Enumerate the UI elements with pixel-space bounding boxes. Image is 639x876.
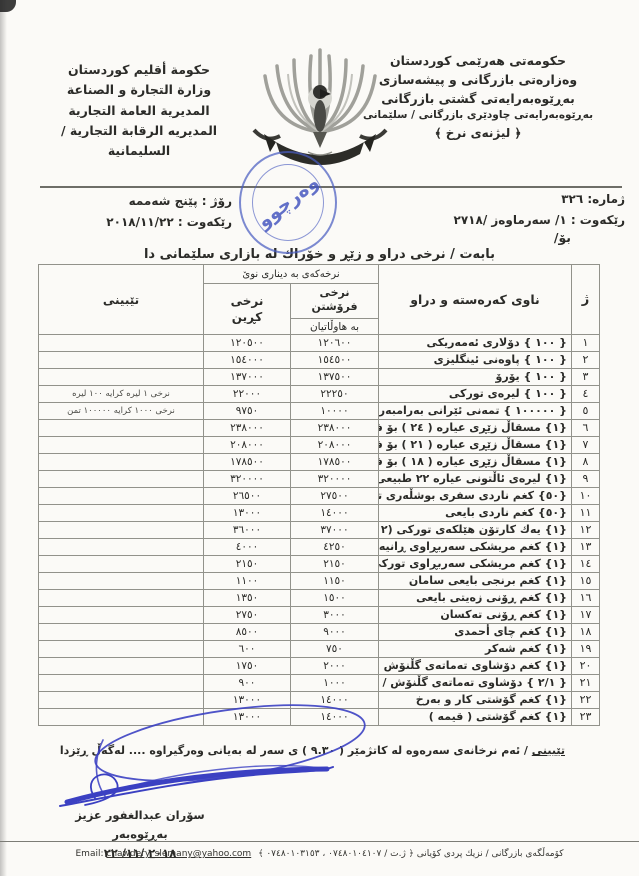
buy-price-value: ١٣٧٠٠٠ — [204, 369, 291, 386]
table-row: ٩ {١} لیرەی ئاڵتونی عیارە ٢٢ طبیعی دووبە… — [39, 471, 600, 488]
item-name: {١} كغم گۆشتی كار و بەرخ — [379, 692, 572, 709]
table-row: ١٥ {١} كغم برنجی بایعی سامان ١١٥٠ ١١٠٠ — [39, 573, 600, 590]
table-row: ١٦ {١} كغم ڕۆنی زەیتی بایعی ١٥٠٠ ١٣٥٠ — [39, 590, 600, 607]
buy-price-value: ١٣٥٠ — [204, 590, 291, 607]
scanned-document-page: حکومەتی هەرێمی کوردستان وەزارەتی بازرگان… — [0, 0, 639, 876]
row-number: ١٤ — [572, 556, 600, 573]
row-number: ٣ — [572, 369, 600, 386]
email-label: Email: — [75, 849, 103, 859]
item-name: {٥٠} كغم ناردی بایعی — [379, 505, 572, 522]
item-note — [39, 454, 204, 471]
table-row: ١٤ {١} كغم مریشكی سەربڕاوی توركی ٢١٥٠ ٢١… — [39, 556, 600, 573]
buy-price-value: ٩٧٥٠ — [204, 403, 291, 420]
scan-corner-artifact — [0, 0, 16, 12]
table-row: ١٩ {١} كغم شەكر ٧٥٠ ٦٠٠ — [39, 641, 600, 658]
table-row: ٤ { ١٠٠ } لیرەی توركی ٢٢٢٥٠ ٢٢٠٠٠ نرخی ١… — [39, 386, 600, 403]
table-row: ١١ {٥٠} كغم ناردی بایعی ١٤٠٠٠ ١٣٠٠٠ — [39, 505, 600, 522]
note-prefix: تێبینی — [532, 744, 565, 757]
footer-email-wrap: Email: chawdery_slemany@yahoo.com — [75, 849, 251, 859]
table-row: ٧ {١} مسقاڵ زێڕی عیارە ( ٢١ ) بۆ فرۆشتن … — [39, 437, 600, 454]
buy-price-value: ٩٠٠ — [204, 675, 291, 692]
item-name: { ١٠٠ } لیرەی توركی — [379, 386, 572, 403]
header-arabic-block: حكومة أقليم كوردستان وزارة التجارة و الص… — [28, 60, 250, 161]
footer-contact-line: كۆمەڵگەی بازرگانی / نزیك پردی كۆیانی ﴿ ژ… — [0, 849, 639, 859]
row-number: ١١ — [572, 505, 600, 522]
sell-price-value: ٧٥٠ — [291, 641, 379, 658]
item-note — [39, 471, 204, 488]
row-number: ١ — [572, 335, 600, 352]
item-note — [39, 675, 204, 692]
row-number: ٦ — [572, 420, 600, 437]
column-header-buy-price: نرخی كڕین — [204, 284, 291, 335]
item-name: {٥٠} كغم ناردی سفری بوشڵەری توركی — [379, 488, 572, 505]
sell-price-value: ٢٧٥٠٠ — [291, 488, 379, 505]
item-note — [39, 607, 204, 624]
table-row: ٥ { ١٠٠٠٠٠ } تمەنی ئێرانی بەرامبەر دینار… — [39, 403, 600, 420]
column-group-header-new-dinar: نرخەكەی بە دیناری نوێ — [204, 265, 379, 284]
item-note — [39, 641, 204, 658]
buy-price-value: ٢٦٥٠٠ — [204, 488, 291, 505]
sell-price-value: ١٤٠٠٠ — [291, 505, 379, 522]
item-name: {١} كغم ڕۆنی تەكسان — [379, 607, 572, 624]
item-name: {١} مسقاڵ زێڕی عیارە ( ٢٤ ) بۆ فرۆشتن — [379, 420, 572, 437]
table-row: ١٠ {٥٠} كغم ناردی سفری بوشڵەری توركی ٢٧٥… — [39, 488, 600, 505]
item-note — [39, 573, 204, 590]
handwritten-signature — [35, 698, 380, 818]
sell-price-value: ٤٢٥٠ — [291, 539, 379, 556]
item-name: {١} كغم برنجی بایعی سامان — [379, 573, 572, 590]
buy-price-value: ٦٠٠ — [204, 641, 291, 658]
sell-price-value: ٣٠٠٠ — [291, 607, 379, 624]
row-number: ٢٣ — [572, 709, 600, 726]
sell-price-value: ١٧٨٥٠٠ — [291, 454, 379, 471]
column-header-sell-price: نرخی فرۆشتن بە هاوڵاتیان — [291, 284, 379, 335]
row-number: ٢ — [572, 352, 600, 369]
item-note — [39, 352, 204, 369]
sell-price-value: ١٥٤٥٠٠ — [291, 352, 379, 369]
buy-price-value: ٢١٥٠ — [204, 556, 291, 573]
buy-price-value: ١٣٠٠٠ — [204, 505, 291, 522]
item-note — [39, 488, 204, 505]
price-table-header: ژ ناوی كەرەستە و دراو نرخەكەی بە دیناری … — [39, 265, 600, 335]
item-note — [39, 556, 204, 573]
row-number: ٨ — [572, 454, 600, 471]
item-note — [39, 522, 204, 539]
table-row: ١ { ١٠٠ } دۆلاری ئەمەریكی ١٢٠٦٠٠ ١٢٠٥٠٠ — [39, 335, 600, 352]
row-number: ١٣ — [572, 539, 600, 556]
buy-price-value: ٢٧٥٠ — [204, 607, 291, 624]
row-number: ٩ — [572, 471, 600, 488]
item-name: {١} كغم مریشكی سەربڕاوی توركی — [379, 556, 572, 573]
meta-left-block: رۆژ : پێنج شەممە رێكەوت : ٢٠١٨/١١/٢٢ — [64, 191, 232, 233]
row-number: ١٩ — [572, 641, 600, 658]
kurdish-date: رێكەوت : ١/ سەرماوەز /٢٧١٨ — [454, 210, 625, 231]
column-header-notes: تێبینی — [39, 265, 204, 335]
item-note — [39, 505, 204, 522]
sell-price-value: ١٢٠٦٠٠ — [291, 335, 379, 352]
item-note: نرخی ١ لیرە كرایە ١٠٠ لیرە — [39, 386, 204, 403]
footer-divider-line — [0, 841, 639, 842]
table-row: ٢ { ١٠٠ } پاوەنی ئینگلیزی ١٥٤٥٠٠ ١٥٤٠٠٠ — [39, 352, 600, 369]
item-name: { ١٠٠ } یۆرۆ — [379, 369, 572, 386]
table-row: ٦ {١} مسقاڵ زێڕی عیارە ( ٢٤ ) بۆ فرۆشتن … — [39, 420, 600, 437]
blue-round-stamp: وەرچوو — [239, 151, 337, 254]
item-name: { ٢/١ } دۆشاوی تەماتەی گڵنۆش / بچوك — [379, 675, 572, 692]
buy-price-value: ٢٣٨٠٠٠ — [204, 420, 291, 437]
table-row: ٢١ { ٢/١ } دۆشاوی تەماتەی گڵنۆش / بچوك ١… — [39, 675, 600, 692]
sell-price-value: ١٣٧٥٠٠ — [291, 369, 379, 386]
item-name: { ١٠٠ } دۆلاری ئەمەریكی — [379, 335, 572, 352]
email-address: chawdery_slemany@yahoo.com — [106, 849, 251, 859]
sell-price-value: ٢٢٢٥٠ — [291, 386, 379, 403]
item-name: {١} كغم ڕۆنی زەیتی بایعی — [379, 590, 572, 607]
header-line: المديرية العامة التجارية — [28, 101, 250, 121]
sell-price-value: ١٥٠٠ — [291, 590, 379, 607]
row-number: ٧ — [572, 437, 600, 454]
document-number: ژمارە: ٣٢٦ — [454, 189, 625, 210]
item-note — [39, 335, 204, 352]
buy-price-value: ٤٠٠٠ — [204, 539, 291, 556]
row-number: ٢١ — [572, 675, 600, 692]
buy-price-value: ١١٠٠ — [204, 573, 291, 590]
price-table: ژ ناوی كەرەستە و دراو نرخەكەی بە دیناری … — [38, 264, 600, 726]
item-note — [39, 590, 204, 607]
scan-edge-artifact — [0, 0, 7, 876]
item-name: {١} كغم دۆشاوی تەماتەی گڵنۆش — [379, 658, 572, 675]
sell-price-value: ٢٠٠٠ — [291, 658, 379, 675]
row-number: ٢٢ — [572, 692, 600, 709]
item-name: {١} كغم شەكر — [379, 641, 572, 658]
item-note — [39, 437, 204, 454]
sell-price-value: ٩٠٠٠ — [291, 624, 379, 641]
item-name: {١} كغم گۆشتی ( قیمە ) — [379, 709, 572, 726]
meta-right-block: ژمارە: ٣٢٦ رێكەوت : ١/ سەرماوەز /٢٧١٨ — [454, 189, 625, 231]
sell-price-value: ٣٧٠٠٠ — [291, 522, 379, 539]
sell-price-value: ٢١٥٠ — [291, 556, 379, 573]
row-number: ٢٠ — [572, 658, 600, 675]
gregorian-date: رێكەوت : ٢٠١٨/١١/٢٢ — [64, 212, 232, 233]
sell-price-value: ١٠٠٠ — [291, 675, 379, 692]
to-label: بۆ/ — [554, 230, 571, 245]
row-number: ١٦ — [572, 590, 600, 607]
table-row: ١٨ {١} كغم چای أحمدی ٩٠٠٠ ٨٥٠٠ — [39, 624, 600, 641]
item-name: {١} كغم مریشكی سەربڕاوی ڕانیە — [379, 539, 572, 556]
sell-price-value: ١٠٠٠٠ — [291, 403, 379, 420]
sell-price-value: ٢٣٨٠٠٠ — [291, 420, 379, 437]
table-row: ١٣ {١} كغم مریشكی سەربڕاوی ڕانیە ٤٢٥٠ ٤٠… — [39, 539, 600, 556]
item-name: {١} مسقاڵ زێڕی عیارە ( ١٨ ) بۆ فرۆشتن — [379, 454, 572, 471]
buy-price-value: ٣٦٠٠٠ — [204, 522, 291, 539]
header-line: وزارة التجارة و الصناعة — [28, 80, 250, 100]
buy-price-value: ٨٥٠٠ — [204, 624, 291, 641]
item-note — [39, 420, 204, 437]
table-row: ٢٠ {١} كغم دۆشاوی تەماتەی گڵنۆش ٢٠٠٠ ١٧٥… — [39, 658, 600, 675]
item-name: {١} كغم چای أحمدی — [379, 624, 572, 641]
sell-to-citizens-label: بە هاوڵاتیان — [291, 318, 378, 335]
row-number: ٥ — [572, 403, 600, 420]
row-number: ١٢ — [572, 522, 600, 539]
item-name: { ١٠٠ } پاوەنی ئینگلیزی — [379, 352, 572, 369]
buy-price-value: ٢٢٠٠٠ — [204, 386, 291, 403]
item-note — [39, 624, 204, 641]
buy-price-value: ١٧٨٥٠٠ — [204, 454, 291, 471]
buy-price-value: ١٧٥٠ — [204, 658, 291, 675]
row-number: ٤ — [572, 386, 600, 403]
buy-price-value: ٣٢٠٠٠٠ — [204, 471, 291, 488]
subject-line: بابەت / نرخی دراو و زێڕ و خۆراك لە بازار… — [0, 247, 639, 262]
column-header-item-name: ناوی كەرەستە و دراو — [379, 265, 572, 335]
row-number: ١٨ — [572, 624, 600, 641]
header-line: المديريه الرقابة التجارية / السليمانية — [28, 121, 250, 162]
item-note — [39, 369, 204, 386]
item-note — [39, 658, 204, 675]
table-row: ٨ {١} مسقاڵ زێڕی عیارە ( ١٨ ) بۆ فرۆشتن … — [39, 454, 600, 471]
item-name: {١} لیرەی ئاڵتونی عیارە ٢٢ طبیعی دووبەی — [379, 471, 572, 488]
sell-price-value: ١١٥٠ — [291, 573, 379, 590]
row-number: ١٥ — [572, 573, 600, 590]
sell-price-value: ٣٢٠٠٠٠ — [291, 471, 379, 488]
footer-address: كۆمەڵگەی بازرگانی / نزیك پردی كۆیانی ﴿ ژ… — [258, 849, 563, 859]
item-name: {١} یەك كارتۆن هێلكەی توركی (١٢) تەبەقی — [379, 522, 572, 539]
item-name: { ١٠٠٠٠٠ } تمەنی ئێرانی بەرامبەر دیناری … — [379, 403, 572, 420]
table-row: ١٧ {١} كغم ڕۆنی تەكسان ٣٠٠٠ ٢٧٥٠ — [39, 607, 600, 624]
sell-price-value: ٢٠٨٠٠٠ — [291, 437, 379, 454]
item-note: نرخی ١٠٠٠ كرایە ١٠٠٠٠٠ تمن — [39, 403, 204, 420]
header-line: حكومة أقليم كوردستان — [28, 60, 250, 80]
table-row: ٣ { ١٠٠ } یۆرۆ ١٣٧٥٠٠ ١٣٧٠٠٠ — [39, 369, 600, 386]
buy-price-value: ١٢٠٥٠٠ — [204, 335, 291, 352]
column-header-number: ژ — [572, 265, 600, 335]
day-label: رۆژ : پێنج شەممە — [64, 191, 232, 212]
table-row: ١٢ {١} یەك كارتۆن هێلكەی توركی (١٢) تەبە… — [39, 522, 600, 539]
row-number: ١٠ — [572, 488, 600, 505]
price-table-body: ١ { ١٠٠ } دۆلاری ئەمەریكی ١٢٠٦٠٠ ١٢٠٥٠٠ … — [39, 335, 600, 726]
item-name: {١} مسقاڵ زێڕی عیارە ( ٢١ ) بۆ فرۆشتن — [379, 437, 572, 454]
buy-price-value: ٢٠٨٠٠٠ — [204, 437, 291, 454]
buy-price-value: ١٥٤٠٠٠ — [204, 352, 291, 369]
row-number: ١٧ — [572, 607, 600, 624]
item-note — [39, 539, 204, 556]
